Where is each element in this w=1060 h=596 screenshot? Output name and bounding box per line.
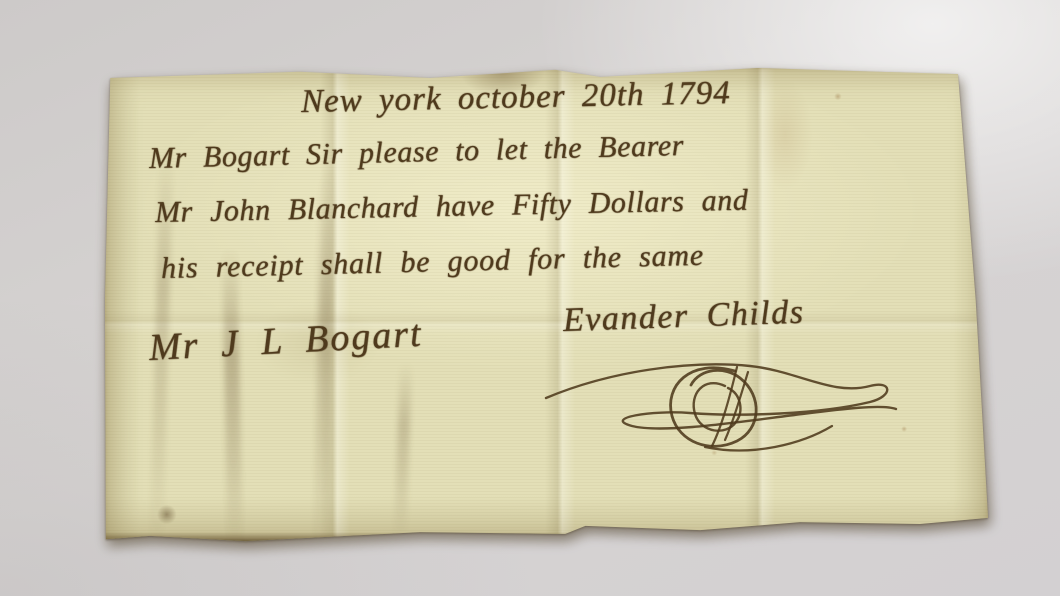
photograph-backdrop: New york october 20th 1794 Mr Bogart Sir… [0,0,1060,596]
body-line-2: Mr John Blanchard have Fifty Dollars and [155,184,749,230]
addressee-name: Mr J L Bogart [148,312,424,370]
paper-shadow-wrap: New york october 20th 1794 Mr Bogart Sir… [0,0,1060,596]
paper-bottom-edge-shadow [105,532,988,543]
ink-bleed-streak [314,168,335,563]
signature-name: Evander Childs [562,294,805,340]
body-line-1: Mr Bogart Sir please to let the Bearer [149,129,685,176]
ink-bleed-streak [222,248,242,553]
ink-bleed-streak [394,363,412,538]
manuscript-paper: New york october 20th 1794 Mr Bogart Sir… [105,68,988,543]
dateline-text: New york october 20th 1794 [301,75,731,121]
body-line-3: his receipt shall be good for the same [161,239,705,286]
signature-flourish [540,356,900,456]
